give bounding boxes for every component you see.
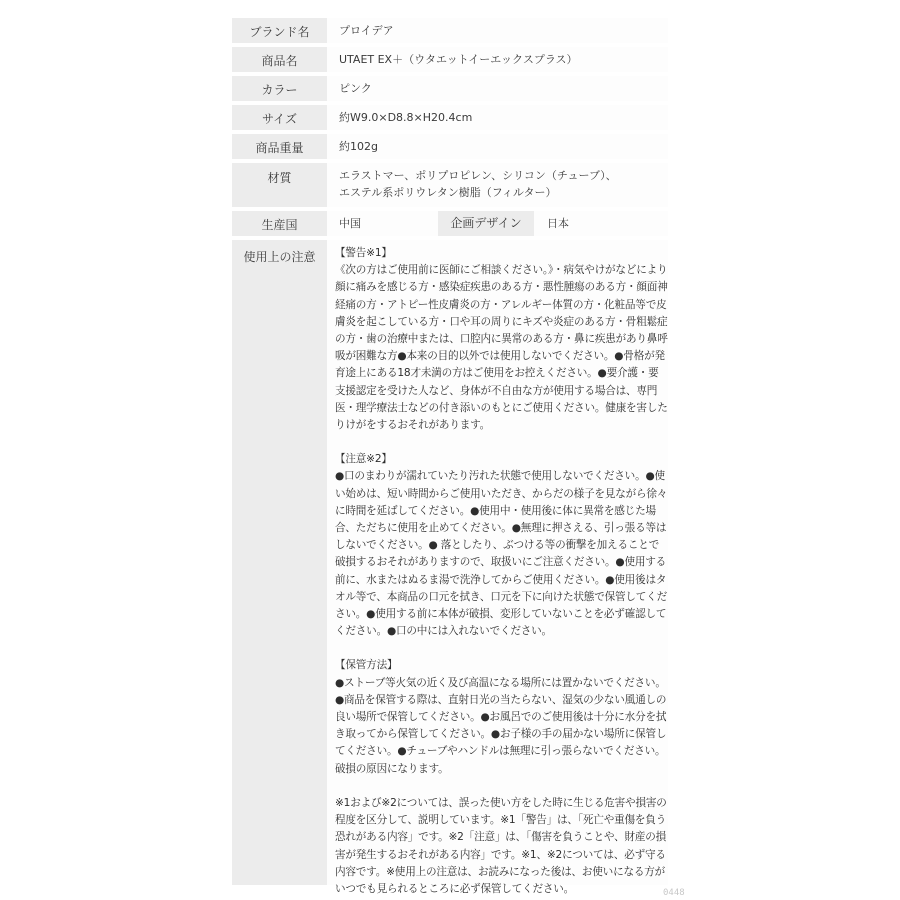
spec-value-weight: 約102g	[327, 134, 668, 159]
caution-heading: 【注意※2】	[335, 451, 668, 468]
spec-row-country: 生産国 中国 企画デザイン 日本	[232, 211, 668, 236]
spec-row-size: サイズ 約W9.0×D8.8×H20.4cm	[232, 105, 668, 130]
warning-heading: 【警告※1】	[335, 245, 668, 262]
storage-heading: 【保管方法】	[335, 657, 668, 674]
spec-label-design: 企画デザイン	[438, 211, 534, 236]
spec-row-brand: ブランド名 プロイデア	[232, 18, 668, 43]
storage-text: ●ストーブ等火気の近く及び高温になる場所には置かないでください。●商品を保管する…	[335, 675, 668, 778]
spec-value-production-country: 中国	[327, 211, 438, 236]
spec-value-country-group: 中国 企画デザイン 日本	[327, 211, 668, 236]
caution-text: ●口のまわりが濡れていたり汚れた状態で使用しないでください。●使い始めは、短い時…	[335, 468, 668, 640]
footnote-text: ※1および※2については、誤った使い方をした時に生じる危害や損害の程度を区分して…	[335, 795, 668, 898]
spec-value-product-name: UTAET EX＋（ウタエットイーエックスプラス）	[327, 47, 668, 72]
spec-label-size: サイズ	[232, 105, 327, 130]
spec-label-color: カラー	[232, 76, 327, 101]
spec-value-size: 約W9.0×D8.8×H20.4cm	[327, 105, 668, 130]
spec-row-weight: 商品重量 約102g	[232, 134, 668, 159]
spec-label-brand: ブランド名	[232, 18, 327, 43]
spec-label-weight: 商品重量	[232, 134, 327, 159]
spec-value-brand: プロイデア	[327, 18, 668, 43]
spec-label-usage-notes: 使用上の注意	[232, 240, 327, 885]
spec-row-color: カラー ピンク	[232, 76, 668, 101]
warning-text: 《次の方はご使用前に医師にご相談ください。》・病気やけがなどにより顔に痛みを感じ…	[335, 262, 668, 434]
section-spacer	[335, 778, 668, 795]
spec-value-material: エラストマー、ポリプロピレン、シリコン（チューブ）、 エステル系ポリウレタン樹脂…	[327, 163, 668, 207]
section-spacer	[335, 640, 668, 657]
page-number: 0448	[663, 888, 685, 898]
spec-row-product-name: 商品名 UTAET EX＋（ウタエットイーエックスプラス）	[232, 47, 668, 72]
usage-notes-body: 【警告※1】 《次の方はご使用前に医師にご相談ください。》・病気やけがなどにより…	[327, 240, 668, 885]
spec-label-material: 材質	[232, 163, 327, 207]
product-spec-table: ブランド名 プロイデア 商品名 UTAET EX＋（ウタエットイーエックスプラス…	[232, 18, 668, 889]
spec-value-color: ピンク	[327, 76, 668, 101]
section-spacer	[335, 434, 668, 451]
spec-row-usage-notes: 使用上の注意 【警告※1】 《次の方はご使用前に医師にご相談ください。》・病気や…	[232, 240, 668, 885]
spec-value-design-country: 日本	[534, 211, 569, 236]
spec-label-country: 生産国	[232, 211, 327, 236]
spec-row-material: 材質 エラストマー、ポリプロピレン、シリコン（チューブ）、 エステル系ポリウレタ…	[232, 163, 668, 207]
spec-label-product-name: 商品名	[232, 47, 327, 72]
